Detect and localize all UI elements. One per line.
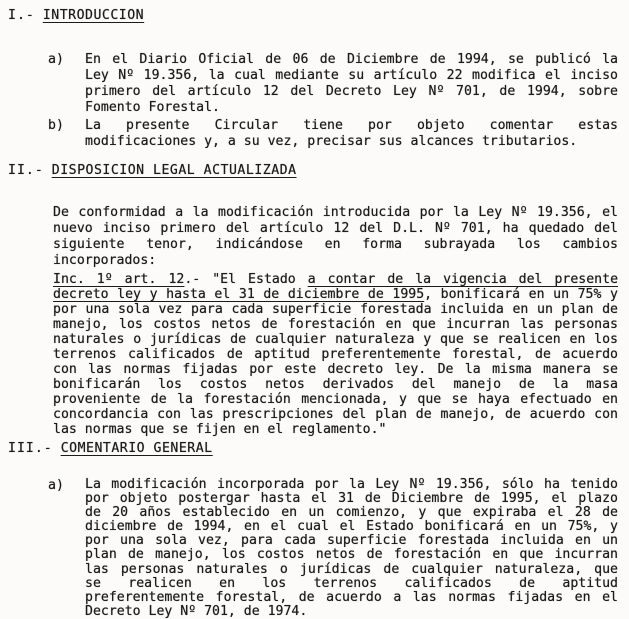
text-line: las personas naturales o jurídicas de cu… bbox=[85, 563, 618, 577]
paragraph-text: La modificación incorporada por la Ley N… bbox=[85, 478, 618, 619]
text-line: manejo, los costos netos de forestación … bbox=[53, 317, 618, 332]
text-segment: .- "El Estado bbox=[184, 272, 307, 287]
text-line: decreto ley y hasta el 31 de diciembre d… bbox=[53, 287, 618, 302]
section-numeral: III.- bbox=[8, 441, 53, 456]
underlined-text: a contar de la vigencia del presente bbox=[308, 272, 618, 287]
text-line: se realicen en los terrenos calificados … bbox=[85, 577, 618, 591]
text-line: plan de manejo, los costos netos de fore… bbox=[85, 548, 618, 562]
section-title: COMENTARIO GENERAL bbox=[61, 441, 213, 456]
text-line: Fomento Forestal. bbox=[85, 100, 618, 116]
section-comentario-general: III.-COMENTARIO GENERAL a) La modificaci… bbox=[8, 441, 629, 619]
section-title: INTRODUCCION bbox=[43, 8, 144, 23]
section-numeral: II.- bbox=[8, 163, 44, 178]
section-title: DISPOSICION LEGAL ACTUALIZADA bbox=[52, 163, 297, 178]
text-line: incorporados: bbox=[53, 253, 618, 269]
section-heading: III.-COMENTARIO GENERAL bbox=[8, 441, 629, 457]
text-line: naturales o jurídicas de cualquier natur… bbox=[53, 332, 618, 347]
paragraph-letter: b) bbox=[48, 118, 85, 150]
section-disposicion-legal: II.-DISPOSICION LEGAL ACTUALIZADA De con… bbox=[8, 163, 629, 437]
text-line: Inc. 1º art. 12.- "El Estado a contar de… bbox=[53, 272, 618, 287]
text-line: siguiente tenor, indicándose en forma su… bbox=[53, 237, 618, 253]
section-heading: II.-DISPOSICION LEGAL ACTUALIZADA bbox=[8, 163, 629, 179]
paragraph-letter: a) bbox=[48, 478, 85, 619]
text-line: proveniente de la forestación mencionada… bbox=[53, 392, 618, 407]
text-line: primero del artículo 12 del Decreto Ley … bbox=[85, 84, 618, 100]
underlined-text: Inc. 1º art. 12 bbox=[53, 272, 184, 287]
text-line: por una sola vez para cada superficie fo… bbox=[53, 302, 618, 317]
text-line: concordancia con las prescripciones del … bbox=[53, 407, 618, 422]
text-line: La presente Circular tiene por objeto co… bbox=[85, 118, 618, 134]
paragraph-ii-intro: De conformidad a la modificación introdu… bbox=[53, 205, 629, 269]
text-segment: , bonificará en un 75% y bbox=[424, 287, 618, 302]
paragraph-letter: a) bbox=[48, 52, 85, 116]
text-line: nuevo inciso primero del artículo 12 del… bbox=[53, 221, 618, 237]
scanned-circular-page: I.-INTRODUCCION a) En el Diario Oficial … bbox=[0, 0, 629, 619]
paragraph-iii-a: a) La modificación incorporada por la Le… bbox=[8, 478, 629, 619]
paragraph-text: De conformidad a la modificación introdu… bbox=[53, 205, 618, 269]
text-line: con las normas fijadas por este decreto … bbox=[53, 362, 618, 377]
paragraph-i-b: b) La presente Circular tiene por objeto… bbox=[8, 118, 629, 150]
paragraph-text: Inc. 1º art. 12.- "El Estado a contar de… bbox=[53, 272, 618, 437]
section-numeral: I.- bbox=[8, 8, 35, 23]
text-line: modificaciones y, a su vez, precisar sus… bbox=[85, 134, 618, 150]
text-line: En el Diario Oficial de 06 de Diciembre … bbox=[85, 52, 618, 68]
paragraph-i-a: a) En el Diario Oficial de 06 de Diciemb… bbox=[8, 52, 629, 116]
text-line: bonificarán los costos netos derivados d… bbox=[53, 377, 618, 392]
section-heading: I.-INTRODUCCION bbox=[8, 8, 629, 24]
paragraph-inciso-transcripcion: Inc. 1º art. 12.- "El Estado a contar de… bbox=[53, 272, 629, 437]
paragraph-text: En el Diario Oficial de 06 de Diciembre … bbox=[85, 52, 618, 116]
text-line: Ley Nº 19.356, la cual mediante su artíc… bbox=[85, 68, 618, 84]
text-line: las normas que se fijen en el reglamento… bbox=[53, 422, 618, 437]
text-line: terrenos calificados de aptitud preferen… bbox=[53, 347, 618, 362]
underlined-text: decreto ley y hasta el 31 de diciembre d… bbox=[53, 287, 424, 302]
text-line: La modificación incorporada por la Ley N… bbox=[85, 478, 618, 492]
text-line: preferentemente forestal, de acuerdo a l… bbox=[85, 591, 618, 605]
text-line: Decreto Ley Nº 701, de 1974. bbox=[85, 605, 618, 619]
paragraph-text: La presente Circular tiene por objeto co… bbox=[85, 118, 618, 150]
section-introduccion: I.-INTRODUCCION a) En el Diario Oficial … bbox=[8, 8, 629, 150]
text-line: De conformidad a la modificación introdu… bbox=[53, 205, 618, 221]
